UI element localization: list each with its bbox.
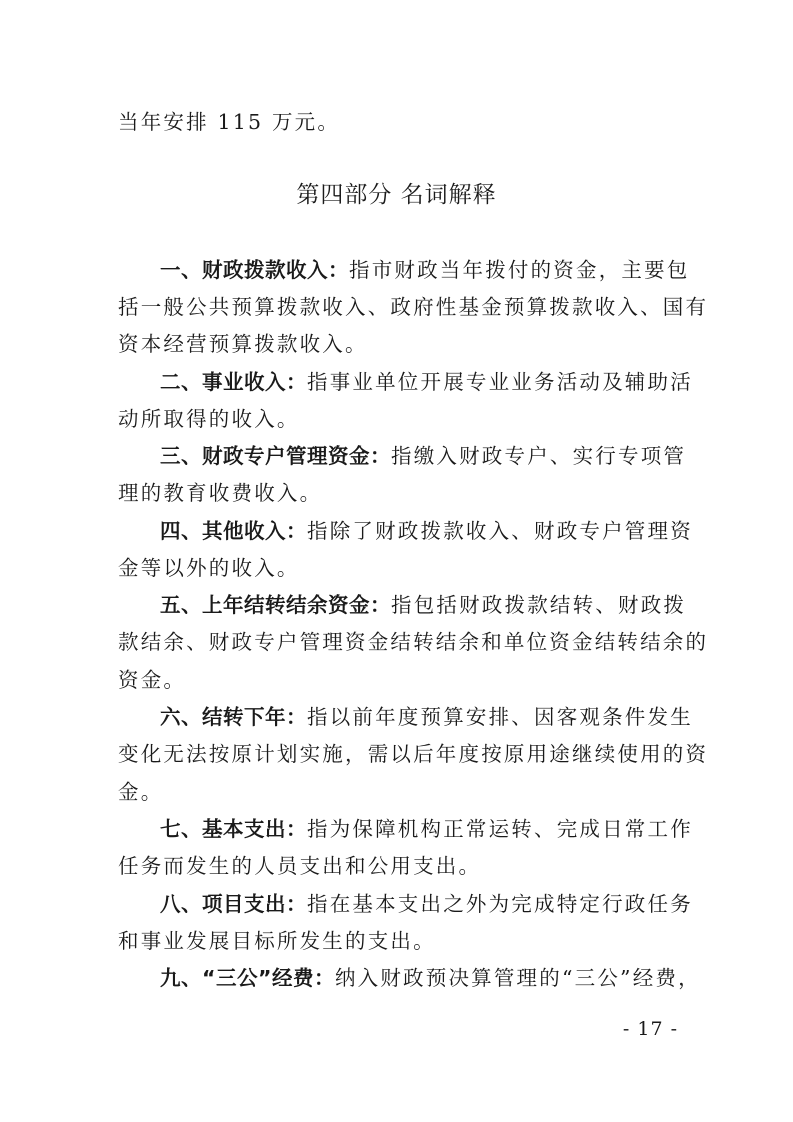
leading-paragraph-line: 当年安排 115 万元。: [118, 108, 678, 136]
definition-4-first-line: 四、其他收入：指除了财政拨款收入、财政专户管理资: [160, 517, 678, 545]
definition-text: 指事业单位开展专业业务活动及辅助活: [307, 370, 693, 394]
definition-text: 指市财政当年拨付的资金，主要包: [349, 258, 690, 282]
definition-5-first-line: 五、上年结转结余资金：指包括财政拨款结转、财政拨: [160, 591, 678, 619]
definition-term: 一、财政拨款收入：: [160, 258, 349, 282]
definition-text: 指除了财政拨款收入、财政专户管理资: [307, 519, 693, 543]
definition-text: 指缴入财政专户、实行专项管: [391, 444, 686, 468]
definition-term: 七、基本支出：: [160, 817, 307, 841]
definition-line: 金。: [118, 778, 678, 806]
definition-term: 四、其他收入：: [160, 519, 307, 543]
definition-term: 六、结转下年：: [160, 705, 307, 729]
definition-7-first-line: 七、基本支出：指为保障机构正常运转、完成日常工作: [160, 815, 678, 843]
definition-3-first-line: 三、财政专户管理资金：指缴入财政专户、实行专项管: [160, 442, 678, 470]
definition-line: 理的教育收费收入。: [118, 479, 678, 507]
definition-line: 任务而发生的人员支出和公用支出。: [118, 852, 678, 880]
document-page: 当年安排 115 万元。 第四部分 名词解释 一、财政拨款收入：指市财政当年拨付…: [0, 0, 793, 1122]
definition-line: 动所取得的收入。: [118, 405, 678, 433]
definition-2-first-line: 二、事业收入：指事业单位开展专业业务活动及辅助活: [160, 368, 678, 396]
definition-text: 指包括财政拨款结转、财政拨: [391, 593, 686, 617]
definition-line: 资金。: [118, 666, 678, 694]
definition-text: 指在基本支出之外为完成特定行政任务: [307, 892, 693, 916]
definition-line: 变化无法按原计划实施，需以后年度按原用途继续使用的资: [118, 740, 678, 768]
definition-line: 括一般公共预算拨款收入、政府性基金预算拨款收入、国有: [118, 293, 678, 321]
definition-term: 三、财政专户管理资金：: [160, 444, 391, 468]
definition-text: 指为保障机构正常运转、完成日常工作: [307, 817, 693, 841]
definition-9-first-line: 九、“三公”经费：纳入财政预决算管理的“三公”经费，: [160, 964, 678, 992]
definition-line: 资本经营预算拨款收入。: [118, 330, 678, 358]
definition-8-first-line: 八、项目支出：指在基本支出之外为完成特定行政任务: [160, 890, 678, 918]
definition-term: 二、事业收入：: [160, 370, 307, 394]
definition-1-first-line: 一、财政拨款收入：指市财政当年拨付的资金，主要包: [160, 256, 678, 284]
definition-term: 五、上年结转结余资金：: [160, 593, 391, 617]
definition-line: 金等以外的收入。: [118, 554, 678, 582]
page-number: - 17 -: [600, 1017, 678, 1041]
definition-text: 指以前年度预算安排、因客观条件发生: [307, 705, 693, 729]
section-title: 第四部分 名词解释: [0, 180, 793, 210]
definition-term: 八、项目支出：: [160, 892, 307, 916]
definition-6-first-line: 六、结转下年：指以前年度预算安排、因客观条件发生: [160, 703, 678, 731]
definition-line: 和事业发展目标所发生的支出。: [118, 927, 678, 955]
definition-line: 款结余、财政专户管理资金结转结余和单位资金结转结余的: [118, 628, 678, 656]
definition-text: 纳入财政预决算管理的“三公”经费，: [335, 966, 701, 990]
definition-term: 九、“三公”经费：: [160, 966, 335, 990]
